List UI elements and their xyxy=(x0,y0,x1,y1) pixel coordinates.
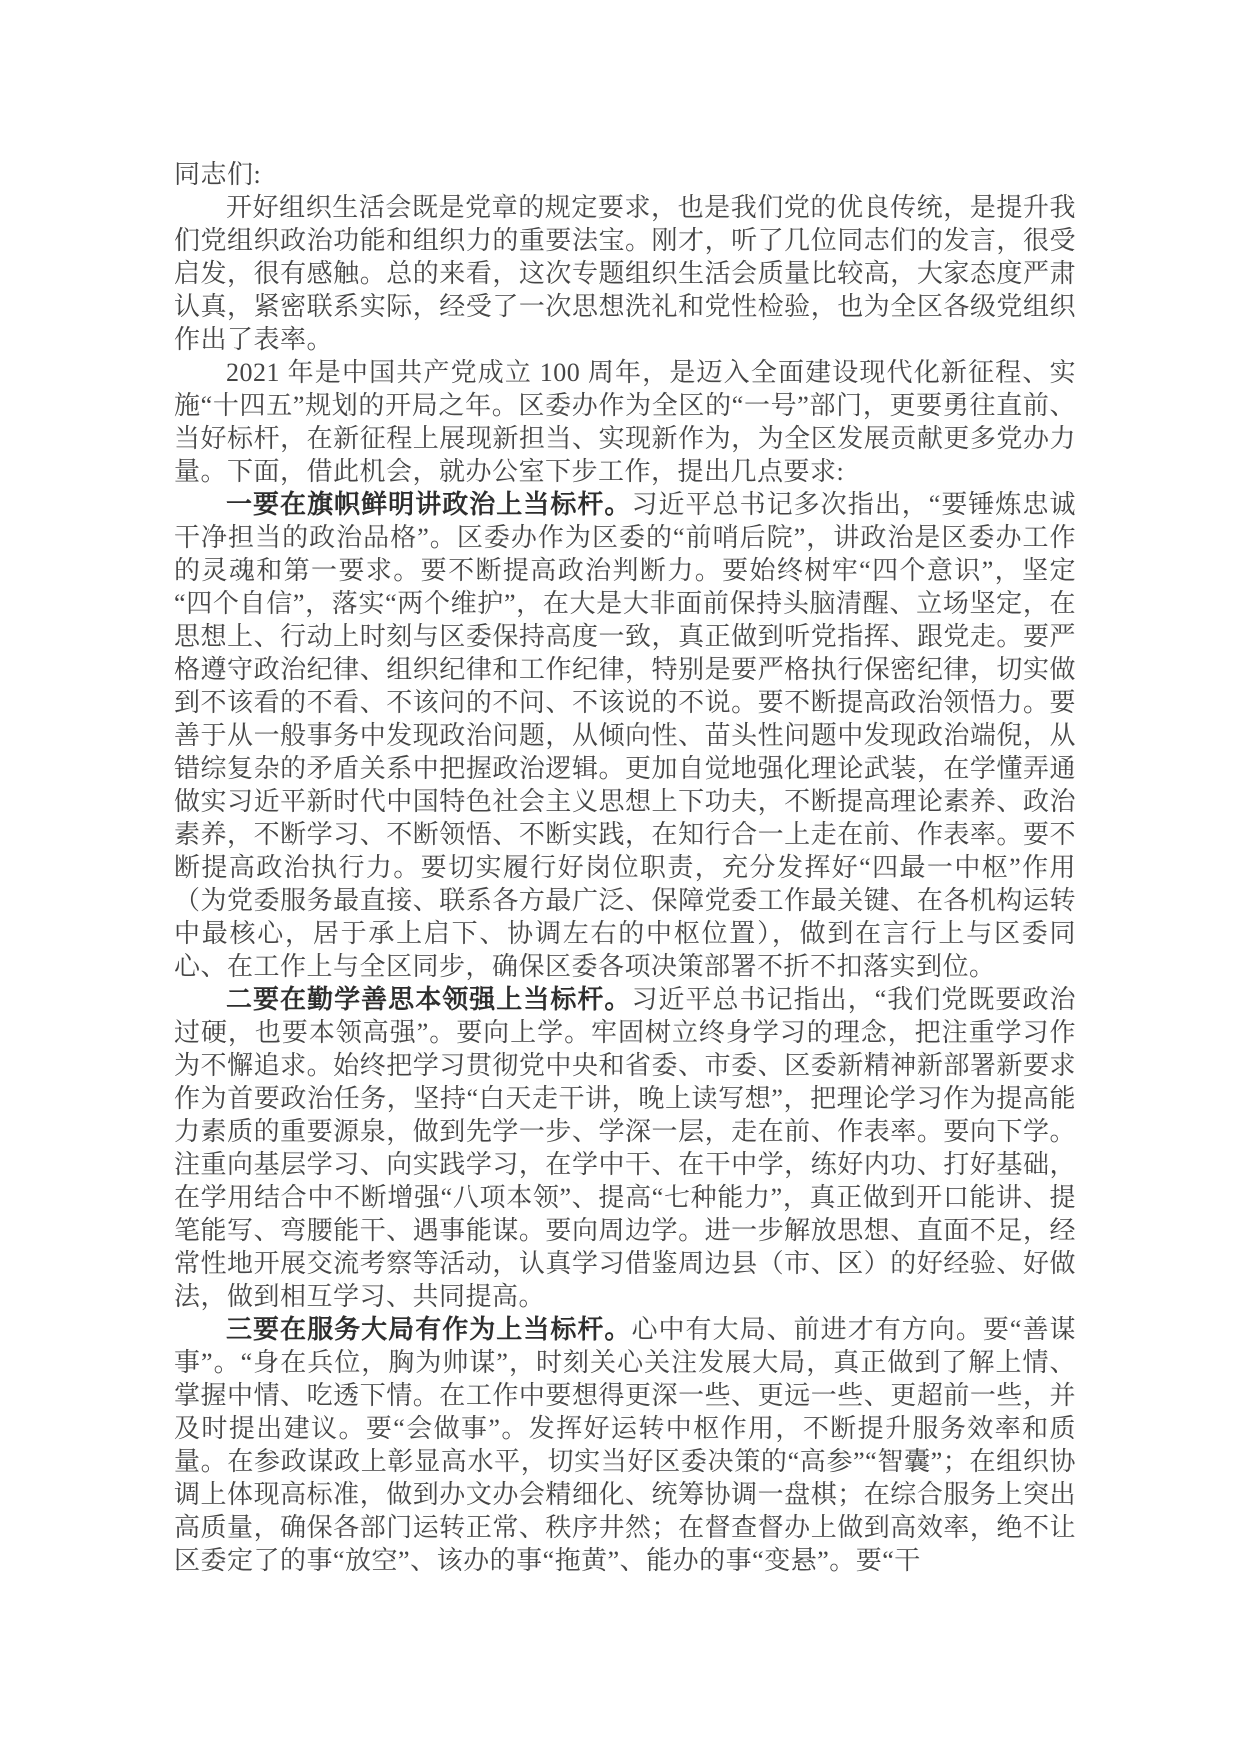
salutation-text: 同志们: xyxy=(174,160,261,189)
point-2-text: 习近平总书记指出，“我们党既要政治过硬，也要本领高强”。要向上学。牢固树立终身学… xyxy=(174,985,1076,1311)
point-2-heading: 二要在勤学善思本领强上当标杆。 xyxy=(226,985,631,1014)
paragraph-context-text: 2021 年是中国共产党成立 100 周年，是迈入全面建设现代化新征程、实施“十… xyxy=(174,358,1076,486)
paragraph-intro-text: 开好组织生活会既是党章的规定要求，也是我们党的优良传统，是提升我们党组织政治功能… xyxy=(174,193,1076,354)
salutation: 同志们: xyxy=(174,158,1076,191)
paragraph-point-1: 一要在旗帜鲜明讲政治上当标杆。习近平总书记多次指出，“要锤炼忠诚干净担当的政治品… xyxy=(174,488,1076,983)
point-1-text: 习近平总书记多次指出，“要锤炼忠诚干净担当的政治品格”。区委办作为区委的“前哨后… xyxy=(174,490,1076,981)
paragraph-point-2: 二要在勤学善思本领强上当标杆。习近平总书记指出，“我们党既要政治过硬，也要本领高… xyxy=(174,983,1076,1313)
paragraph-intro: 开好组织生活会既是党章的规定要求，也是我们党的优良传统，是提升我们党组织政治功能… xyxy=(174,191,1076,356)
document-page: 同志们: 开好组织生活会既是党章的规定要求，也是我们党的优良传统，是提升我们党组… xyxy=(0,0,1240,1754)
point-3-text: 心中有大局、前进才有方向。要“善谋事”。“身在兵位，胸为帅谋”，时刻关心关注发展… xyxy=(174,1315,1076,1575)
point-3-heading: 三要在服务大局有作为上当标杆。 xyxy=(226,1315,631,1344)
paragraph-context: 2021 年是中国共产党成立 100 周年，是迈入全面建设现代化新征程、实施“十… xyxy=(174,356,1076,488)
paragraph-point-3: 三要在服务大局有作为上当标杆。心中有大局、前进才有方向。要“善谋事”。“身在兵位… xyxy=(174,1313,1076,1577)
point-1-heading: 一要在旗帜鲜明讲政治上当标杆。 xyxy=(226,490,631,519)
document-body: 同志们: 开好组织生活会既是党章的规定要求，也是我们党的优良传统，是提升我们党组… xyxy=(174,158,1076,1577)
